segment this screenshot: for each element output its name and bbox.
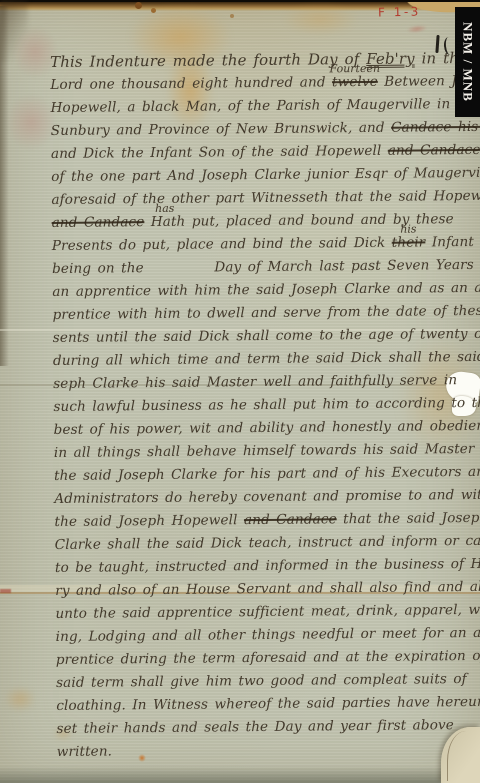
interlinear-insertion: his xyxy=(400,223,416,234)
bottom-paper-edge xyxy=(0,766,480,783)
interlinear-insertion: has xyxy=(155,203,174,214)
document-photo: This Indenture made the fourth Day of Fe… xyxy=(0,0,480,783)
archive-scale-bar-label: NBM / MNB xyxy=(460,22,476,102)
manuscript-segment: to be taught, instructed and informed in… xyxy=(55,555,480,576)
manuscript-segment: best of his power, wit and ability and h… xyxy=(54,418,480,438)
manuscript-segment: that the said Joseph xyxy=(337,510,480,527)
manuscript-segment: Administrators do hereby covenant and pr… xyxy=(54,487,480,507)
manuscript-segment: twelveFourteen xyxy=(332,74,378,90)
manuscript-segment: Sunbury and Province of New Brunswick, a… xyxy=(51,120,391,139)
manuscript-segment: sents until the said Dick shall come to … xyxy=(53,325,480,346)
manuscript-segment: prentice during the term aforesaid and a… xyxy=(56,648,480,668)
manuscript-segment: set their hands and seals the Day and ye… xyxy=(56,717,454,737)
manuscript-segment: being on the Day of March last past Seve… xyxy=(52,256,480,277)
left-paper-edge xyxy=(0,6,9,366)
seal-stain xyxy=(6,94,56,150)
manuscript-segment: prentice with him to dwell and serve fro… xyxy=(52,302,480,323)
manuscript-segment: Lord one thousand eight hundred and xyxy=(50,74,332,93)
manuscript-segment: cloathing. In Witness whereof the said p… xyxy=(56,694,480,714)
manuscript-segment: an apprentice with him the said Joseph C… xyxy=(52,280,480,300)
manuscript-line: written. xyxy=(57,737,480,764)
manuscript-segment: ing, Lodging and all other things needfu… xyxy=(56,625,480,645)
manuscript-segment: Presents do put, place and bind the said… xyxy=(52,235,392,254)
manuscript-segment: such lawful business as he shall put him… xyxy=(53,395,480,415)
manuscript-segment: Hathhas xyxy=(144,214,185,230)
manuscript-segment: during all which time and term the said … xyxy=(53,349,480,369)
manuscript-segment: and Dick the Infant Son of the said Hope… xyxy=(51,143,388,162)
manuscript-segment: in all things shall behave himself towar… xyxy=(54,441,480,461)
manuscript-segment: seph Clarke his said Master well and fai… xyxy=(53,372,457,392)
foxing-spot xyxy=(230,14,234,18)
manuscript-segment: theirhis xyxy=(392,234,426,250)
manuscript-text: This Indenture made the fourth Day of Fe… xyxy=(50,47,480,764)
manuscript-segment: and Candace xyxy=(52,214,145,231)
red-edge-mark xyxy=(0,589,11,593)
photo-top-border xyxy=(0,0,480,2)
foxing-spot xyxy=(4,686,36,712)
manuscript-segment: aforesaid of the other part Witnesseth t… xyxy=(51,188,480,208)
catalog-code: F 1-3 xyxy=(378,4,421,19)
manuscript-segment: and Candace xyxy=(244,511,337,528)
interlinear-insertion: Fourteen xyxy=(329,63,380,74)
archive-scale-bar: NBM / MNB xyxy=(455,7,480,117)
manuscript-segment: Clarke shall the said Dick teach, instru… xyxy=(55,533,480,553)
manuscript-segment: Candace his wife xyxy=(391,119,480,136)
manuscript-segment: of the one part And Joseph Clarke junior… xyxy=(51,165,480,185)
manuscript-segment: This Indenture made the fourth Day of xyxy=(50,50,366,71)
manuscript-segment: Infant Son xyxy=(425,234,480,251)
manuscript-segment: the said Joseph Clarke for his part and … xyxy=(54,464,480,484)
manuscript-segment: said term shall give him two good and co… xyxy=(56,671,467,691)
manuscript-segment: unto the said apprentice sufficient meat… xyxy=(55,602,480,622)
manuscript-segment: the said Joseph Hopewell xyxy=(54,512,244,530)
manuscript-segment: Hopewell, a black Man, of the Parish of … xyxy=(50,95,480,116)
manuscript-segment: written. xyxy=(57,743,112,760)
manuscript-segment: and Candace xyxy=(388,142,480,159)
foxing-spot xyxy=(135,2,142,9)
foxing-spot xyxy=(151,8,156,13)
manuscript-segment: ry and also of an House Servant and shal… xyxy=(55,579,480,599)
water-stain xyxy=(282,2,358,36)
